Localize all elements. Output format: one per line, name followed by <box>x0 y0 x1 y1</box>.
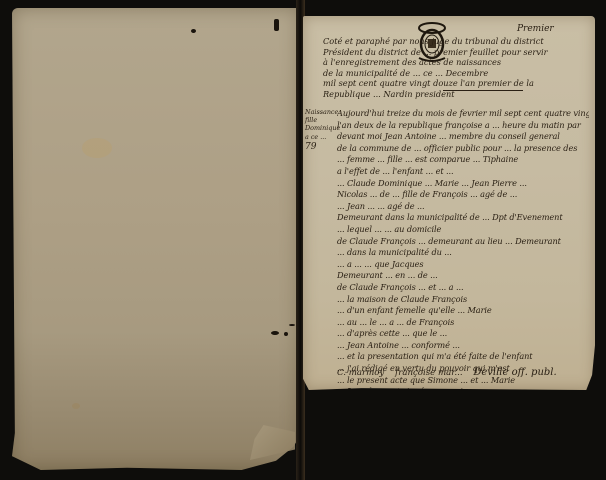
witness-signature: C. marmoy <box>337 368 384 378</box>
ink-blots-mid-right <box>271 331 279 335</box>
entry-number: 79 <box>305 143 337 151</box>
body-line: ... d'un enfant femelle qu'elle ... Mari… <box>337 305 589 317</box>
margin-line: fille <box>305 116 337 124</box>
header-line: de la municipalité de ... ce ... Decembr… <box>323 68 585 79</box>
body-line: ... dans la municipalité du ... <box>337 247 589 259</box>
body-line: a l'effet de ... l'enfant ... et ... <box>337 166 589 178</box>
document-scan: Premier Coté et paraphé par nous juge du… <box>0 0 606 480</box>
birth-record-text: Aujourd'hui treize du mois de fevrier mi… <box>337 108 589 398</box>
signatures: C. marmoy françoise mar... Deville off. … <box>337 368 593 379</box>
body-line: ... Claude Dominique ... Marie ... Jean … <box>337 178 589 190</box>
body-line: ... lequel ... ... au domicile <box>337 224 589 236</box>
body-line: ... Jean Antoine ... conformé ... <box>337 340 589 352</box>
ink-spot-top-right <box>274 19 279 31</box>
margin-note: Naissance fille Dominique a ce ... 79 <box>305 108 337 151</box>
body-line: de Claude François ... et ... a ... <box>337 282 589 294</box>
body-line: l'an deux de la republique françoise a .… <box>337 120 589 132</box>
body-line: ... Joseph ... ont signé avec moi ... <box>337 386 589 398</box>
header-underline <box>443 90 523 91</box>
ink-blot-top <box>191 29 196 33</box>
body-line: ... femme ... fille ... est comparue ...… <box>337 154 589 166</box>
officer-signature: Deville off. publ. <box>473 367 556 378</box>
margin-line: a ce ... <box>305 133 337 141</box>
body-line: ... la maison de Claude François <box>337 294 589 306</box>
body-line: devant moi Jean Antoine ... membre du co… <box>337 131 589 143</box>
body-line: ... et la presentation qui m'a été faite… <box>337 351 589 363</box>
body-line: Demeurant ... en ... de ... <box>337 270 589 282</box>
right-page-register: Premier Coté et paraphé par nous juge du… <box>303 16 595 390</box>
margin-line: Naissance <box>305 108 337 116</box>
body-line: ... Jean ... ... agé de ... <box>337 201 589 213</box>
header-line: à l'enregistrement des actes de naissanc… <box>323 57 585 68</box>
body-line: Aujourd'hui treize du mois de fevrier mi… <box>337 108 589 120</box>
page-heading: Premier <box>517 24 554 35</box>
header-line: Coté et paraphé par nous juge du tribuna… <box>323 36 585 47</box>
body-line: ... au ... le ... a ... de François <box>337 317 589 329</box>
header-line: Président du district de ... premier feu… <box>323 47 585 58</box>
body-line: de la commune de ... officier public pou… <box>337 143 589 155</box>
left-page-blank <box>12 8 299 470</box>
body-line: Demeurant dans la municipalité de ... Dp… <box>337 212 589 224</box>
body-line: ... a ... ... que Jacques <box>337 259 589 271</box>
header-line: mil sept cent quatre vingt douze l'an pr… <box>323 78 585 89</box>
body-line: Nicolas ... de ... fille de François ...… <box>337 189 589 201</box>
witness-signature: françoise mar... <box>395 368 463 378</box>
body-line: ... d'après cette ... que le ... <box>337 328 589 340</box>
margin-line: Dominique <box>305 124 337 132</box>
body-line: de Claude François ... demeurant au lieu… <box>337 236 589 248</box>
